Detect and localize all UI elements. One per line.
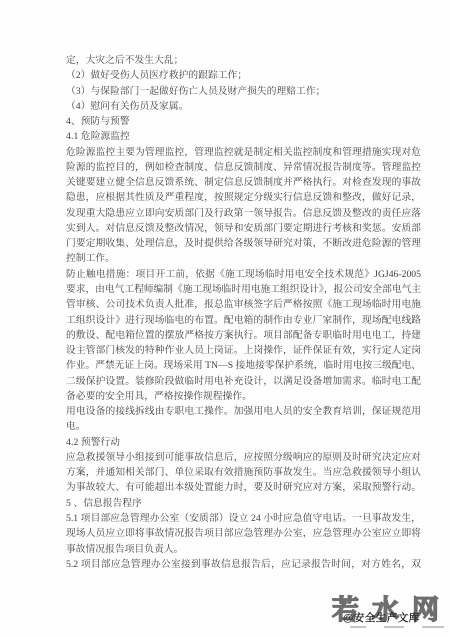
text-line: 二级保护设置。装修阶段做临时用电补充设计，以满足设备增加需求。临时电工配 [66,374,421,389]
text-line: （2）做好受伤人员医疗救护的跟踪工作； [66,68,421,83]
text-line: 工组织设计》进行现场临电的布置。配电箱的制作由专业厂家制作，现场配电线路 [66,313,421,328]
text-line: 定，大灾之后不发生大乱； [66,53,421,68]
watermark-mark [350,626,366,628]
text-line: 4.2 预警行动 [66,435,421,450]
text-line: 电。 [66,419,421,434]
watermark-tag-text: @安全生产文库 [343,610,420,625]
watermark-mark [422,626,444,628]
text-line: 5.1 项目部应急管理办公室（安质部）设立 24 小时应急值守电话。一旦事故发生… [66,511,421,526]
text-line: 控制工作。 [66,251,421,266]
text-line: 5 、信息报告程序 [66,496,421,511]
text-line: 要求，由电气工程师编制《施工现场临时用电施工组织设计》，报公司安全部电气主 [66,282,421,297]
text-line: 4、预防与预警 [66,114,421,129]
watermark: 若水网 @安全生产文库 [328,588,450,632]
text-line: 用电设备的接线拆线由专职电工操作。加强用电人员的安全教育培训，保证规范用 [66,404,421,419]
text-line: 4.1 危险源监控 [66,129,421,144]
document-page: 定，大灾之后不发生大乱；（2）做好受伤人员医疗救护的跟踪工作；（3）与保险部门一… [0,0,450,636]
text-line: 设主管部门核发的特种作业人员上岗证。上岗操作，证件保证有效，实行定人定岗 [66,343,421,358]
text-line: 实到人。对信息反馈及整改情况，领导和安质部门要定期进行考核和奖惩。安质部 [66,221,421,236]
text-line: 险源的监控目的，例如检查制度、信息反馈制度、异常情况报告制度等。管理监控 [66,160,421,175]
text-line: 备必要的安全用具，严格按操作规程操作。 [66,389,421,404]
text-line: 发现重大隐患应立即向安质部门及行政第一领导报告。信息反馈及整改的责任应落 [66,206,421,221]
text-line: 作业。严禁无证上岗。现场采用 TN—S 接地接零保护系统，临时用电按三级配电、 [66,358,421,373]
text-line: 5.2 项目部应急管理办公室接到事故信息报告后，应记录报告时间，对方姓名，双 [66,557,421,572]
text-line: 为事故较大、有可能超出本级处置能力时，要及时研究应对方案，采取预警行动。 [66,480,421,495]
text-line: 方案，并通知相关部门、单位采取有效措施预防事故发生。当应急救援领导小组认 [66,465,421,480]
text-block: 定，大灾之后不发生大乱；（2）做好受伤人员医疗救护的跟踪工作；（3）与保险部门一… [66,53,421,572]
text-line: 的敷设、配电箱位置的摆放严格按方案执行。项目部配备专职临时用电电工，持建 [66,328,421,343]
text-line: 事故情况报告项目负责人。 [66,542,421,557]
watermark-mark [384,626,404,628]
text-line: 门要定期收集、处理信息，及时提供给各级领导研究对策，不断改进危险源的管理 [66,236,421,251]
text-line: 关键要建立健全信息反馈系统、制定信息反馈制度并严格执行。对检查发现的事故 [66,175,421,190]
text-line: （3）与保险部门一起做好伤亡人员及财产损失的理赔工作； [66,84,421,99]
text-line: （4）慰问有关伤员及家属。 [66,99,421,114]
text-line: 防止触电措施：项目开工前，依据《施工现场临时用电安全技术规范》JGJ46-200… [66,267,421,282]
text-line: 危险源监控主要为管理监控，管理监控就是制定相关监控制度和管理措施实现对危 [66,145,421,160]
text-line: 隐患，应根据其性质及严重程度，按照规定分级实行信息反馈和整改，做好记录， [66,190,421,205]
text-line: 应急救援领导小组接到可能事故信息后，应按照分级响应的原则及时研究决定应对 [66,450,421,465]
text-line: 现场人员应立即将事故情况报告项目部应急管理办公室，应急管理办公室应立即将 [66,526,421,541]
text-line: 管审核、公司技术负责人批准，报总监审核签字后严格按照《施工现场临时用电施 [66,297,421,312]
